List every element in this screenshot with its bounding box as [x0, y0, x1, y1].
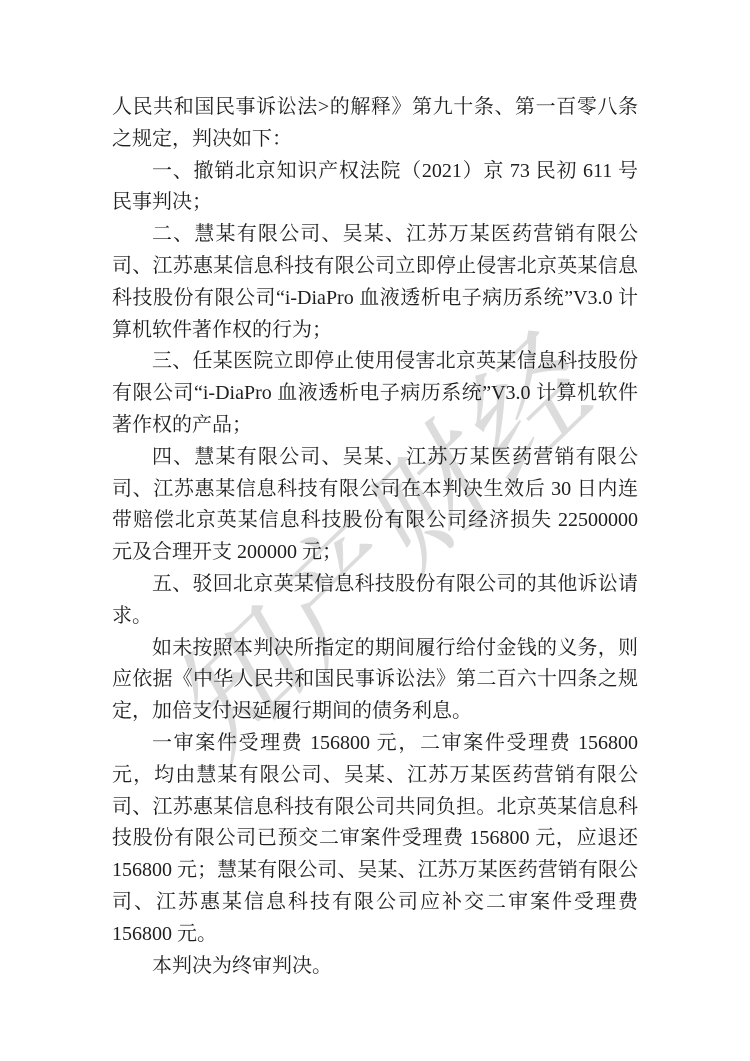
- paragraph: 五、驳回北京英某信息科技股份有限公司的其他诉讼请求。: [112, 569, 638, 633]
- paragraph: 二、慧某有限公司、吴某、江苏万某医药营销有限公司、江苏惠某信息科技有限公司立即停…: [112, 219, 638, 346]
- judgment-page: 知产财经 人民共和国民事诉讼法>的解释》第九十条、第一百零八条之规定，判决如下：…: [0, 0, 750, 1061]
- judgment-body: 人民共和国民事诉讼法>的解释》第九十条、第一百零八条之规定，判决如下：一、撤销北…: [112, 92, 638, 982]
- paragraph: 如未按照本判决所指定的期间履行给付金钱的义务，则应依据《中华人民共和国民事诉讼法…: [112, 633, 638, 728]
- paragraph: 三、任某医院立即停止使用侵害北京英某信息科技股份有限公司“i-DiaPro 血液…: [112, 346, 638, 441]
- paragraph: 人民共和国民事诉讼法>的解释》第九十条、第一百零八条之规定，判决如下：: [112, 92, 638, 156]
- paragraph: 本判决为终审判决。: [112, 951, 638, 983]
- paragraph: 四、慧某有限公司、吴某、江苏万某医药营销有限公司、江苏惠某信息科技有限公司在本判…: [112, 442, 638, 569]
- paragraph: 一审案件受理费 156800 元，二审案件受理费 156800 元，均由慧某有限…: [112, 728, 638, 951]
- paragraph: 一、撤销北京知识产权法院（2021）京 73 民初 611 号民事判决；: [112, 156, 638, 220]
